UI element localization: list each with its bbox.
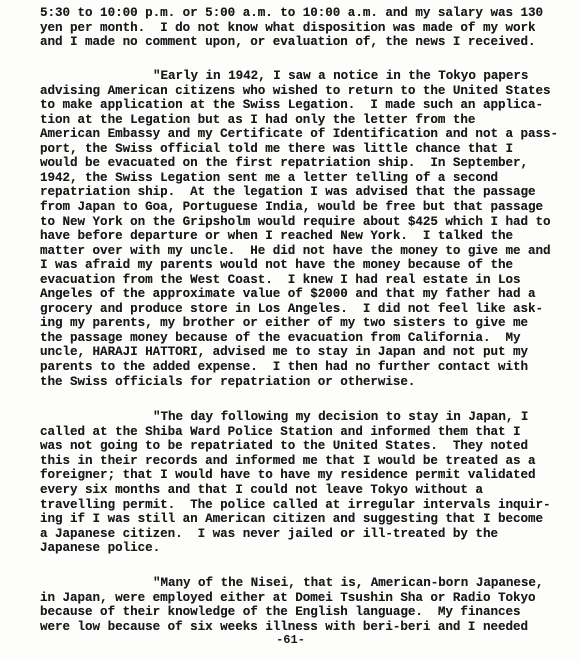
text-line: "Many of the Nisei, that is, American-bo… [153, 576, 543, 590]
text-line: to make application at the Swiss Legatio… [40, 98, 543, 112]
text-line: travelling permit. The police called at … [40, 498, 551, 512]
text-line: uncle, HARAJI HATTORI, advised me to sta… [40, 345, 528, 359]
text-line: called at the Shiba Ward Police Station … [40, 425, 520, 439]
text-line: grocery and produce store in Los Angeles… [40, 302, 543, 316]
text-line: "Early in 1942, I saw a notice in the To… [153, 69, 528, 83]
text-line: American Embassy and my Certificate of I… [40, 127, 558, 141]
text-line: ing if I was still an American citizen a… [40, 512, 543, 526]
text-line: this in their records and informed me th… [40, 454, 536, 468]
text-line: have before departure or when I reached … [40, 229, 513, 243]
text-line: advising American citizens who wished to… [40, 84, 551, 98]
text-line: "The day following my decision to stay i… [153, 410, 528, 424]
text-line: evacuation from the West Coast. I knew I… [40, 273, 520, 287]
text-line: yen per month. I do not know what dispos… [40, 21, 536, 35]
text-line: I was afraid my parents would not have t… [40, 258, 513, 272]
text-line: would be evacuated on the first repatria… [40, 156, 528, 170]
text-line: matter over with my uncle. He did not ha… [40, 244, 551, 258]
text-line: port, the Swiss official told me there w… [40, 142, 513, 156]
text-line: 5:30 to 10:00 p.m. or 5:00 a.m. to 10:00… [40, 6, 543, 20]
text-line: foreigner; that I would have to have my … [40, 468, 536, 482]
text-line: repatriation ship. At the legation I was… [40, 185, 536, 199]
text-line: to New York on the Gripsholm would requi… [40, 215, 551, 229]
text-line: Angeles of the approximate value of $200… [40, 287, 536, 301]
text-line: ing my parents, my brother or either of … [40, 316, 528, 330]
text-line: 1942, the Swiss Legation sent me a lette… [40, 171, 498, 185]
text-line: was not going to be repatriated to the U… [40, 439, 528, 453]
text-line: from Japan to Goa, Portuguese India, wou… [40, 200, 543, 214]
page-number: -61- [0, 633, 581, 647]
text-line: in Japan, were employed either at Domei … [40, 591, 536, 605]
text-line: the passage money because of the evacuat… [40, 331, 520, 345]
text-line: and I made no comment upon, or evaluatio… [40, 35, 536, 49]
text-line: a Japanese citizen. I was never jailed o… [40, 527, 498, 541]
text-line: tion at the Legation but as I had only t… [40, 113, 475, 127]
document-page: 5:30 to 10:00 p.m. or 5:00 a.m. to 10:00… [0, 0, 581, 662]
text-line: Japanese police. [40, 541, 160, 555]
text-line: parents to the added expense. I then had… [40, 360, 528, 374]
text-line: were low because of six weeks illness wi… [40, 620, 528, 634]
text-line: the Swiss officials for repatriation or … [40, 375, 415, 389]
text-line: every six months and that I could not le… [40, 483, 483, 497]
text-line: because of their knowledge of the Englis… [40, 605, 520, 619]
